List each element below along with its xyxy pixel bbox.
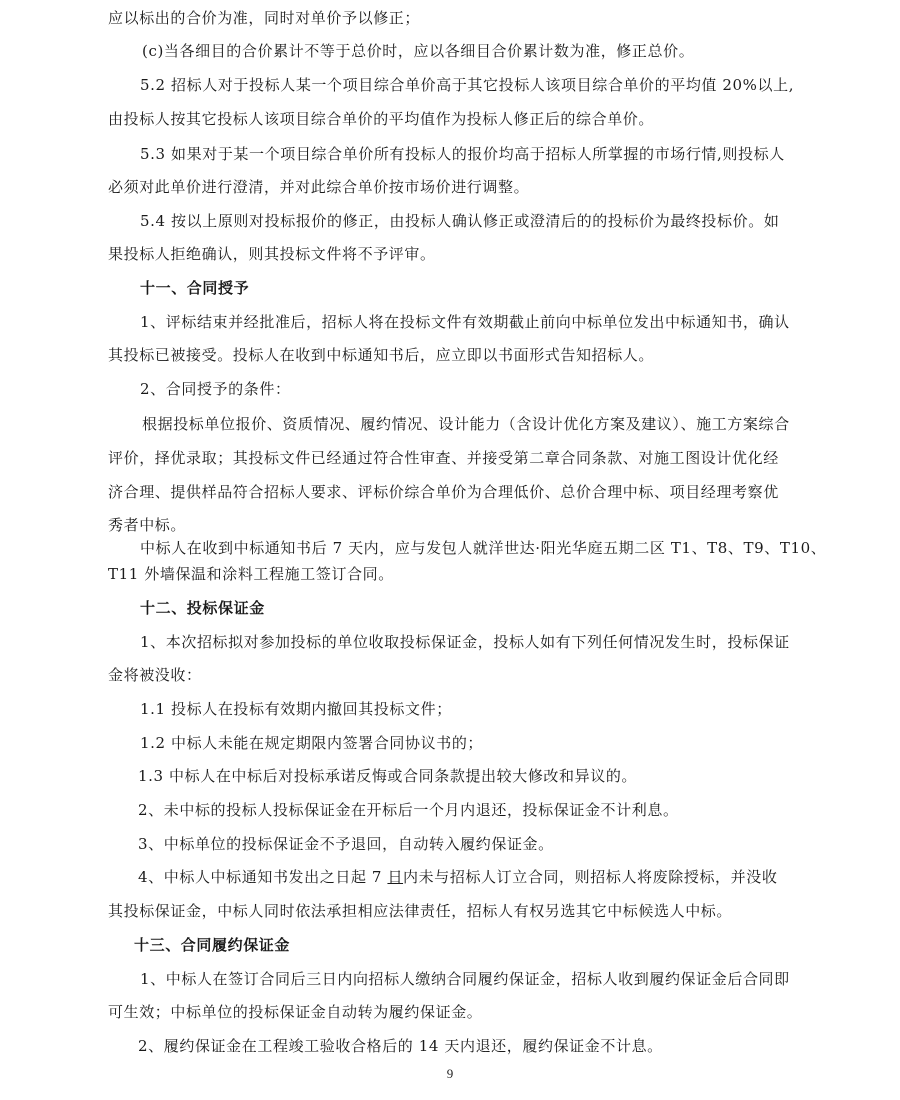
text-line: 1、本次招标拟对参加投标的单位收取投标保证金，投标人如有下列任何情况发生时，投标… [140,632,790,652]
page-number: 9 [0,1066,900,1082]
text-segment: 内未与招标人订立合同，则招标人将废除授标，并没收 [403,868,777,886]
text-line: 应以标出的合价为准，同时对单价予以修正； [108,8,420,28]
text-line: 金将被没收： [108,665,202,685]
text-line: 1.1 投标人在投标有效期内撤回其投标文件； [140,699,452,719]
text-line: 根据投标单位报价、资质情况、履约情况、设计能力（含设计优化方案及建议）、施工方案… [142,414,790,434]
text-line: 1.3 中标人在中标后对投标承诺反悔或合同条款提出较大修改和异议的。 [138,766,637,786]
text-line: 1.2 中标人未能在规定期限内签署合同协议书的； [140,733,483,753]
text-line: 5.3 如果对于某一个项目综合单价所有投标人的报价均高于招标人所掌握的市场行情,… [140,144,785,164]
text-line: 2、未中标的投标人投标保证金在开标后一个月内退还，投标保证金不计利息。 [138,800,679,820]
text-line: (c)当各细目的合价累计不等于总价时，应以各细目合价累计数为准，修正总价。 [142,41,694,61]
section-heading-13: 十三、合同履约保证金 [134,935,290,955]
text-line: 其投标已被接受。投标人在收到中标通知书后，应立即以书面形式告知招标人。 [108,345,654,365]
section-heading-12: 十二、投标保证金 [140,598,265,618]
underlined-text: 日 [387,868,403,886]
text-line: 1、中标人在签订合同后三日内向招标人缴纳合同履约保证金，招标人收到履约保证金后合… [140,969,790,989]
text-line: 1、评标结束并经批准后，招标人将在投标文件有效期截止前向中标单位发出中标通知书，… [140,312,790,332]
text-line: 必须对此单价进行澄清，并对此综合单价按市场价进行调整。 [108,177,529,197]
text-line: 秀者中标。 [108,515,186,535]
text-line: 果投标人拒绝确认，则其投标文件将不予评审。 [108,244,436,264]
text-line: 2、履约保证金在工程竣工验收合格后的 14 天内退还，履约保证金不计息。 [138,1036,663,1056]
text-line: 可生效；中标单位的投标保证金自动转为履约保证金。 [108,1002,482,1022]
text-line: T11 外墙保温和涂料工程施工签订合同。 [108,564,394,584]
text-line: 评价，择优录取；其投标文件已经通过符合性审查、并接受第二章合同条款、对施工图设计… [108,448,779,468]
section-heading-11: 十一、合同授予 [140,278,249,298]
text-line: 5.2 招标人对于投标人某一个项目综合单价高于其它投标人该项目综合单价的平均值 … [140,75,794,95]
text-line: 5.4 按以上原则对投标报价的修正，由投标人确认修正或澄清后的的投标价为最终投标… [140,211,779,231]
text-segment: 4、中标人中标通知书发出之日起 7 [138,868,387,886]
text-line: 3、中标单位的投标保证金不予退回，自动转入履约保证金。 [138,834,554,854]
text-line: 中标人在收到中标通知书后 7 天内，应与发包人就洋世达·阳光华庭五期二区 T1、… [140,538,826,558]
text-line: 其投标保证金，中标人同时依法承担相应法律责任，招标人有权另选其它中标候选人中标。 [108,901,732,921]
text-line: 2、合同授予的条件： [140,379,291,399]
text-line: 济合理、提供样品符合招标人要求、评标价综合单价为合理低价、总价合理中标、项目经理… [108,482,779,502]
text-line-with-underline: 4、中标人中标通知书发出之日起 7 日内未与招标人订立合同，则招标人将废除授标，… [138,867,777,887]
text-line: 由投标人按其它投标人该项目综合单价的平均值作为投标人修正后的综合单价。 [108,109,654,129]
